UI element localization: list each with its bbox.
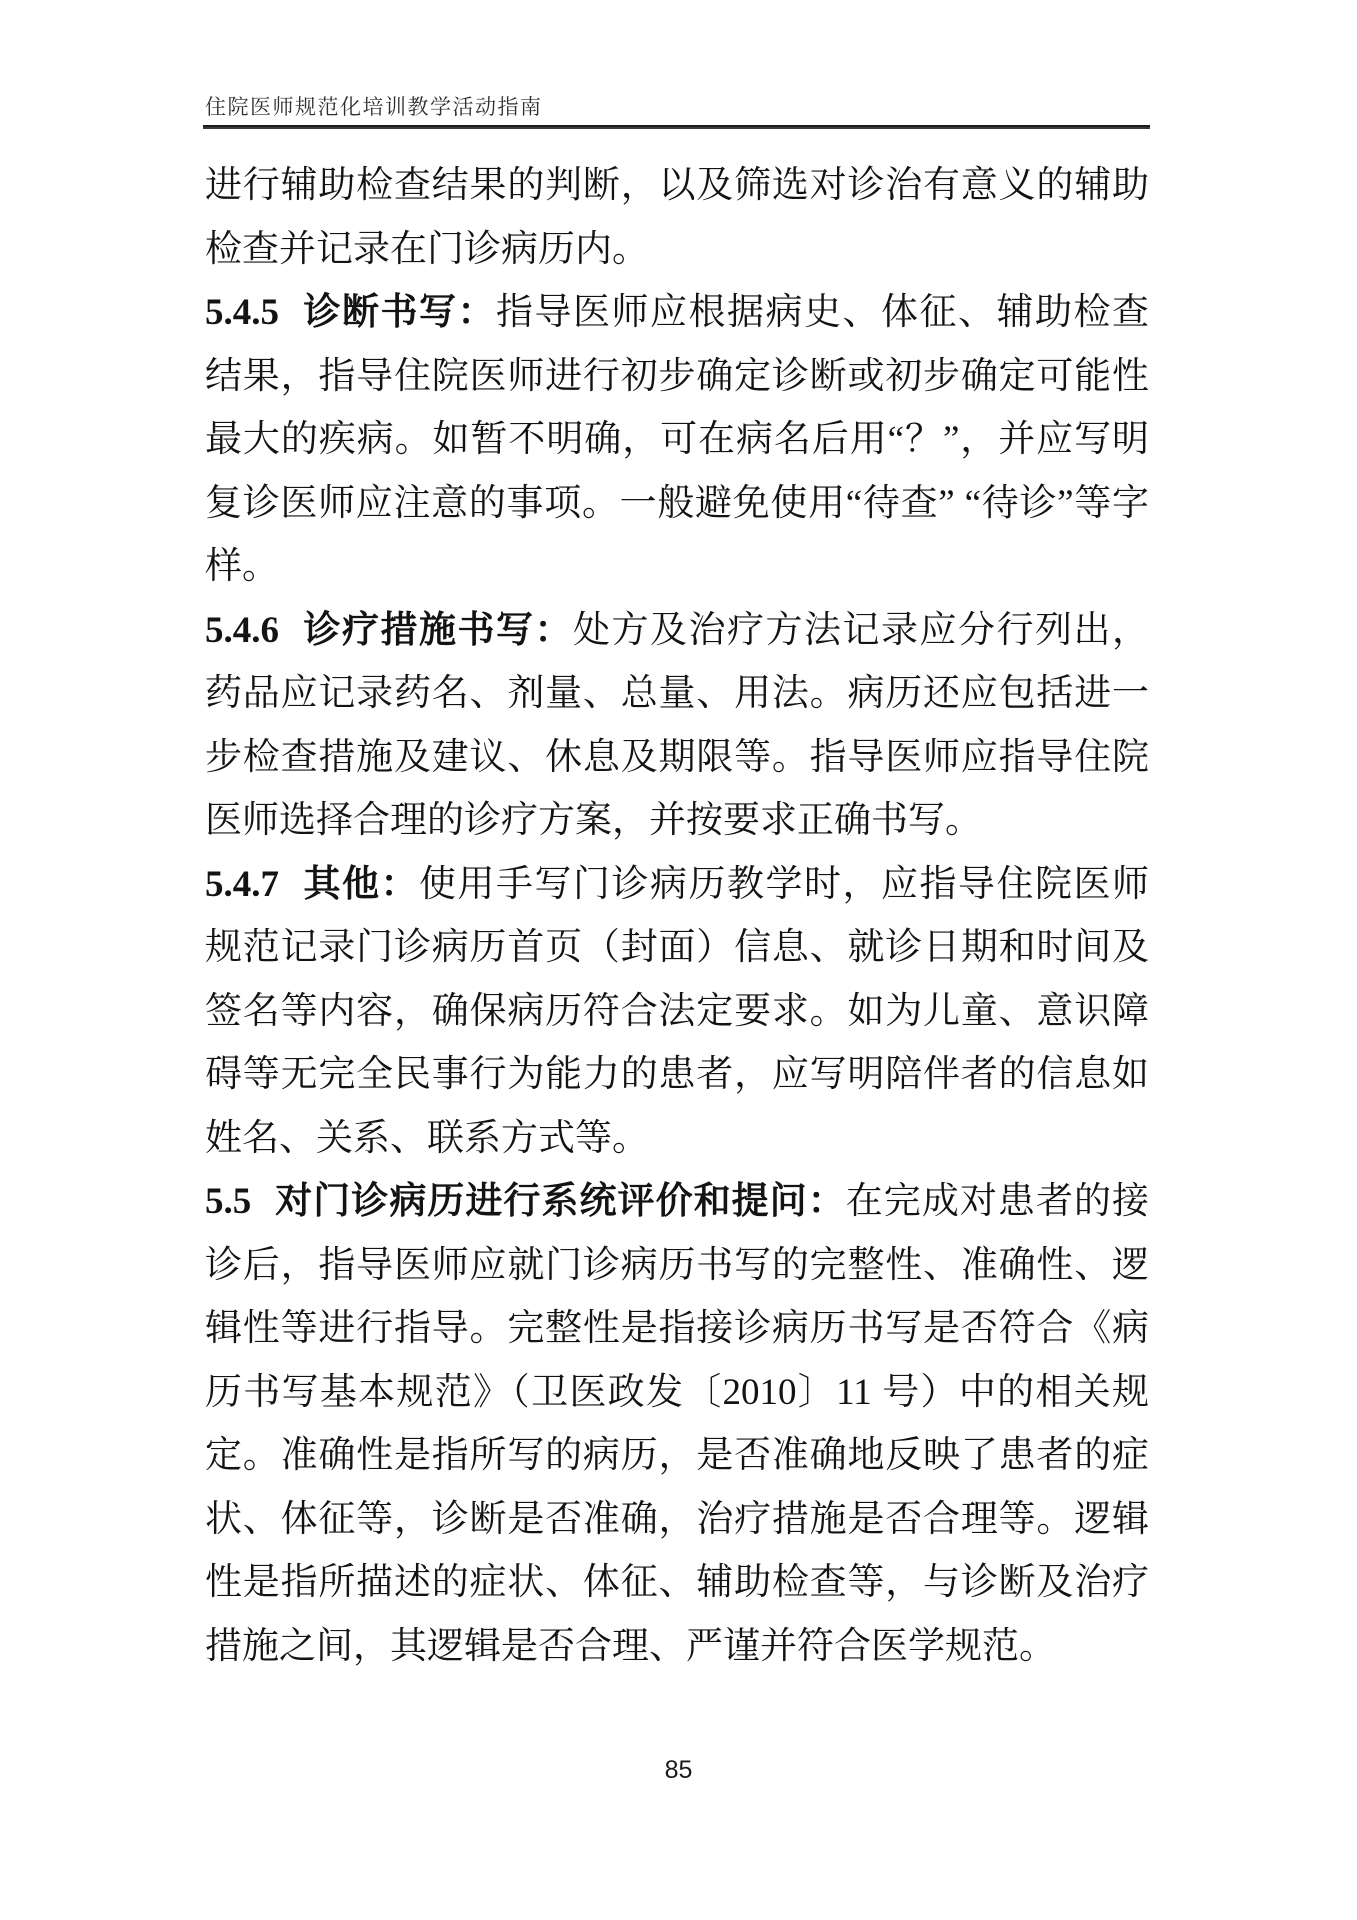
section-heading: 对门诊病历进行系统评价和提问： bbox=[274, 1181, 846, 1222]
section-number: 5.4.7 bbox=[205, 864, 279, 905]
section-number: 5.4.5 bbox=[205, 292, 279, 333]
paragraph-5-4-7: 5.4.7其他：使用手写门诊病历教学时，应指导住院医师规范记录门诊病历首页（封面… bbox=[205, 853, 1149, 1171]
paragraph-text: 指导医师应根据病史、体征、辅助检查结果，指导住院医师进行初步确定诊断或初步确定可… bbox=[205, 292, 1149, 587]
paragraph-text: 在完成对患者的接诊后，指导医师应就门诊病历书写的完整性、准确性、逻辑性等进行指导… bbox=[205, 1181, 1149, 1667]
section-heading: 诊疗措施书写： bbox=[302, 610, 573, 651]
paragraph-continuation: 进行辅助检查结果的判断，以及筛选对诊治有意义的辅助检查并记录在门诊病历内。 bbox=[205, 154, 1149, 281]
header-divider-rule bbox=[203, 125, 1150, 129]
section-heading: 其他： bbox=[302, 864, 419, 905]
document-body: 进行辅助检查结果的判断，以及筛选对诊治有意义的辅助检查并记录在门诊病历内。 5.… bbox=[205, 154, 1149, 1678]
page-number: 85 bbox=[0, 1756, 1357, 1785]
document-page: 住院医师规范化培训教学活动指南 进行辅助检查结果的判断，以及筛选对诊治有意义的辅… bbox=[0, 0, 1357, 1920]
paragraph-text: 使用手写门诊病历教学时，应指导住院医师规范记录门诊病历首页（封面）信息、就诊日期… bbox=[205, 864, 1149, 1159]
section-heading: 诊断书写： bbox=[302, 292, 496, 333]
section-number: 5.5 bbox=[205, 1181, 251, 1222]
paragraph-text: 进行辅助检查结果的判断，以及筛选对诊治有意义的辅助检查并记录在门诊病历内。 bbox=[205, 165, 1149, 270]
section-number: 5.4.6 bbox=[205, 610, 279, 651]
paragraph-5-4-5: 5.4.5诊断书写：指导医师应根据病史、体征、辅助检查结果，指导住院医师进行初步… bbox=[205, 281, 1149, 599]
paragraph-5-5: 5.5对门诊病历进行系统评价和提问：在完成对患者的接诊后，指导医师应就门诊病历书… bbox=[205, 1170, 1149, 1678]
paragraph-5-4-6: 5.4.6诊疗措施书写：处方及治疗方法记录应分行列出，药品应记录药名、剂量、总量… bbox=[205, 599, 1149, 853]
running-header-title: 住院医师规范化培训教学活动指南 bbox=[205, 91, 543, 121]
